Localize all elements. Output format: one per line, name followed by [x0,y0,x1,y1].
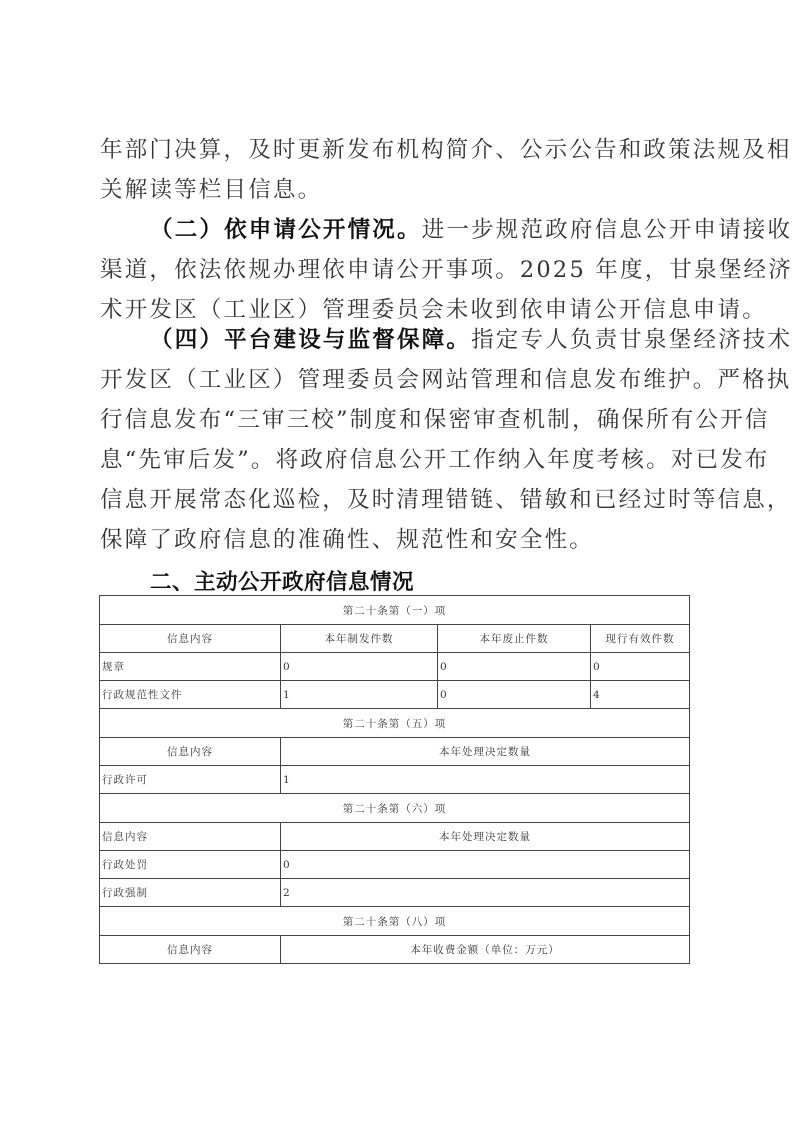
cell-value: 0 [438,653,591,681]
column-header: 现行有效件数 [591,625,690,653]
column-header: 信息内容 [100,823,281,851]
text-line: 开发区（工业区）管理委员会网站管理和信息发布维护。严格执 [100,360,692,400]
table-row: 行政规范性文件 1 0 4 [100,681,690,709]
cell-value: 0 [281,653,438,681]
header-row: 信息内容 本年处理决定数量 [100,823,690,851]
text-run: 进一步规范政府信息公开申请接收 [422,217,793,243]
text-line: 渠道，依法依规办理依申请公开事项。2025 年度，甘泉堡经济技 [100,250,692,290]
cell-value: 1 [281,766,690,794]
paragraph-lead: （四）平台建设与监督保障。 [150,327,471,353]
row-label: 规章 [100,653,281,681]
section-title-row: 第二十条第（五）项 [100,709,690,738]
section-title-row: 第二十条第（六）项 [100,794,690,823]
cell-value: 0 [281,851,690,879]
column-header: 信息内容 [100,625,281,653]
section-title: 第二十条第（八）项 [100,907,690,936]
paragraph-application-disclosure: （二）依申请公开情况。进一步规范政府信息公开申请接收 渠道，依法依规办理依申请公… [100,210,692,330]
table-row: 规章 0 0 0 [100,653,690,681]
row-label: 行政强制 [100,879,281,907]
section-heading: 二、主动公开政府信息情况 [150,565,414,596]
column-header: 本年处理决定数量 [281,823,690,851]
column-header: 本年废止件数 [438,625,591,653]
row-label: 行政处罚 [100,851,281,879]
text-line: 信息开展常态化巡检，及时清理错链、错敏和已经过时等信息， [100,480,692,520]
column-header: 本年收费金额（单位：万元） [281,936,690,964]
section-title: 第二十条第（六）项 [100,794,690,823]
paragraph-platform-supervision: （四）平台建设与监督保障。指定专人负责甘泉堡经济技术 开发区（工业区）管理委员会… [100,320,692,560]
text-line: 息“先审后发”。将政府信息公开工作纳入年度考核。对已发布 [100,440,692,480]
row-label: 行政规范性文件 [100,681,281,709]
column-header: 本年制发件数 [281,625,438,653]
section-title-row: 第二十条第（一）项 [100,596,690,625]
section-title-row: 第二十条第（八）项 [100,907,690,936]
header-row: 信息内容 本年制发件数 本年废止件数 现行有效件数 [100,625,690,653]
header-row: 信息内容 本年收费金额（单位：万元） [100,936,690,964]
disclosure-table: 第二十条第（一）项 信息内容 本年制发件数 本年废止件数 现行有效件数 规章 0… [99,595,690,964]
cell-value: 0 [591,653,690,681]
cell-value: 0 [438,681,591,709]
text-run: 指定专人负责甘泉堡经济技术 [471,327,792,353]
paragraph-continued: 年部门决算，及时更新发布机构简介、公示公告和政策法规及相 关解读等栏目信息。 [100,130,692,210]
table-row: 行政许可 1 [100,766,690,794]
text-line: （二）依申请公开情况。进一步规范政府信息公开申请接收 [100,210,692,250]
table-row: 行政处罚 0 [100,851,690,879]
text-line: 保障了政府信息的准确性、规范性和安全性。 [100,520,692,560]
row-label: 行政许可 [100,766,281,794]
text-line: 行信息发布“三审三校”制度和保密审查机制，确保所有公开信 [100,400,692,440]
column-header: 信息内容 [100,936,281,964]
column-header: 信息内容 [100,738,281,766]
cell-value: 2 [281,879,690,907]
section-title: 第二十条第（一）项 [100,596,690,625]
table-row: 行政强制 2 [100,879,690,907]
cell-value: 1 [281,681,438,709]
column-header: 本年处理决定数量 [281,738,690,766]
paragraph-lead: （二）依申请公开情况。 [150,217,422,243]
header-row: 信息内容 本年处理决定数量 [100,738,690,766]
text-line: （四）平台建设与监督保障。指定专人负责甘泉堡经济技术 [100,320,692,360]
section-title: 第二十条第（五）项 [100,709,690,738]
text-line: 年部门决算，及时更新发布机构简介、公示公告和政策法规及相 [100,130,692,170]
cell-value: 4 [591,681,690,709]
text-line: 关解读等栏目信息。 [100,170,692,210]
